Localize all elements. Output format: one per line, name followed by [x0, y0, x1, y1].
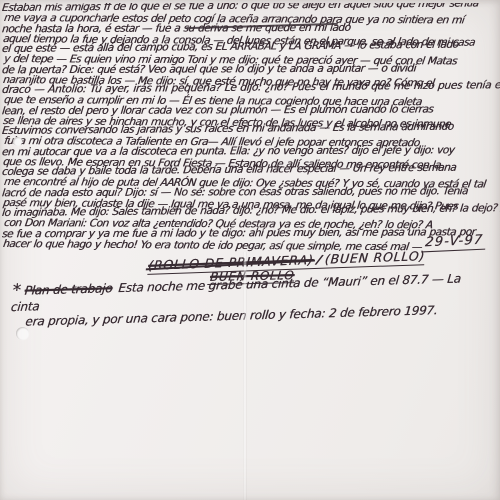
paper-hole-small — [13, 137, 22, 146]
final-title: (BUEN ROLLO) — [324, 248, 425, 267]
handwritten-line: de la puerta? Dice: qué está? Veo aquel … — [2, 62, 500, 75]
diary-body-text: Estaban mis amigas ff de lo que él se fu… — [2, 3, 500, 253]
footnote: *Plan de trabajoEsta noche me grabé una … — [9, 271, 491, 331]
handwritten-line: noche hasta la hora, é estar — fue a su … — [2, 21, 500, 34]
paper-fold-crease — [243, 252, 247, 500]
handwritten-line: lean, el resto del pero y llorar cada ve… — [2, 103, 500, 116]
connector-stroke: / — [316, 252, 325, 268]
handwritten-diary-page: Estaban mis amigas ff de lo que él se fu… — [0, 0, 500, 500]
paper-hole-large — [16, 327, 29, 340]
handwritten-line: lacró de nada esto aquí? Dijo: sí — No s… — [2, 185, 500, 198]
handwritten-line: en mi autocar que va a la discoteca en p… — [2, 144, 500, 157]
entry-date: 29-V-97 — [421, 233, 487, 253]
asterisk-marker: * — [11, 281, 21, 301]
footnote-crossed-out-words: Plan de trabajo — [24, 281, 113, 297]
